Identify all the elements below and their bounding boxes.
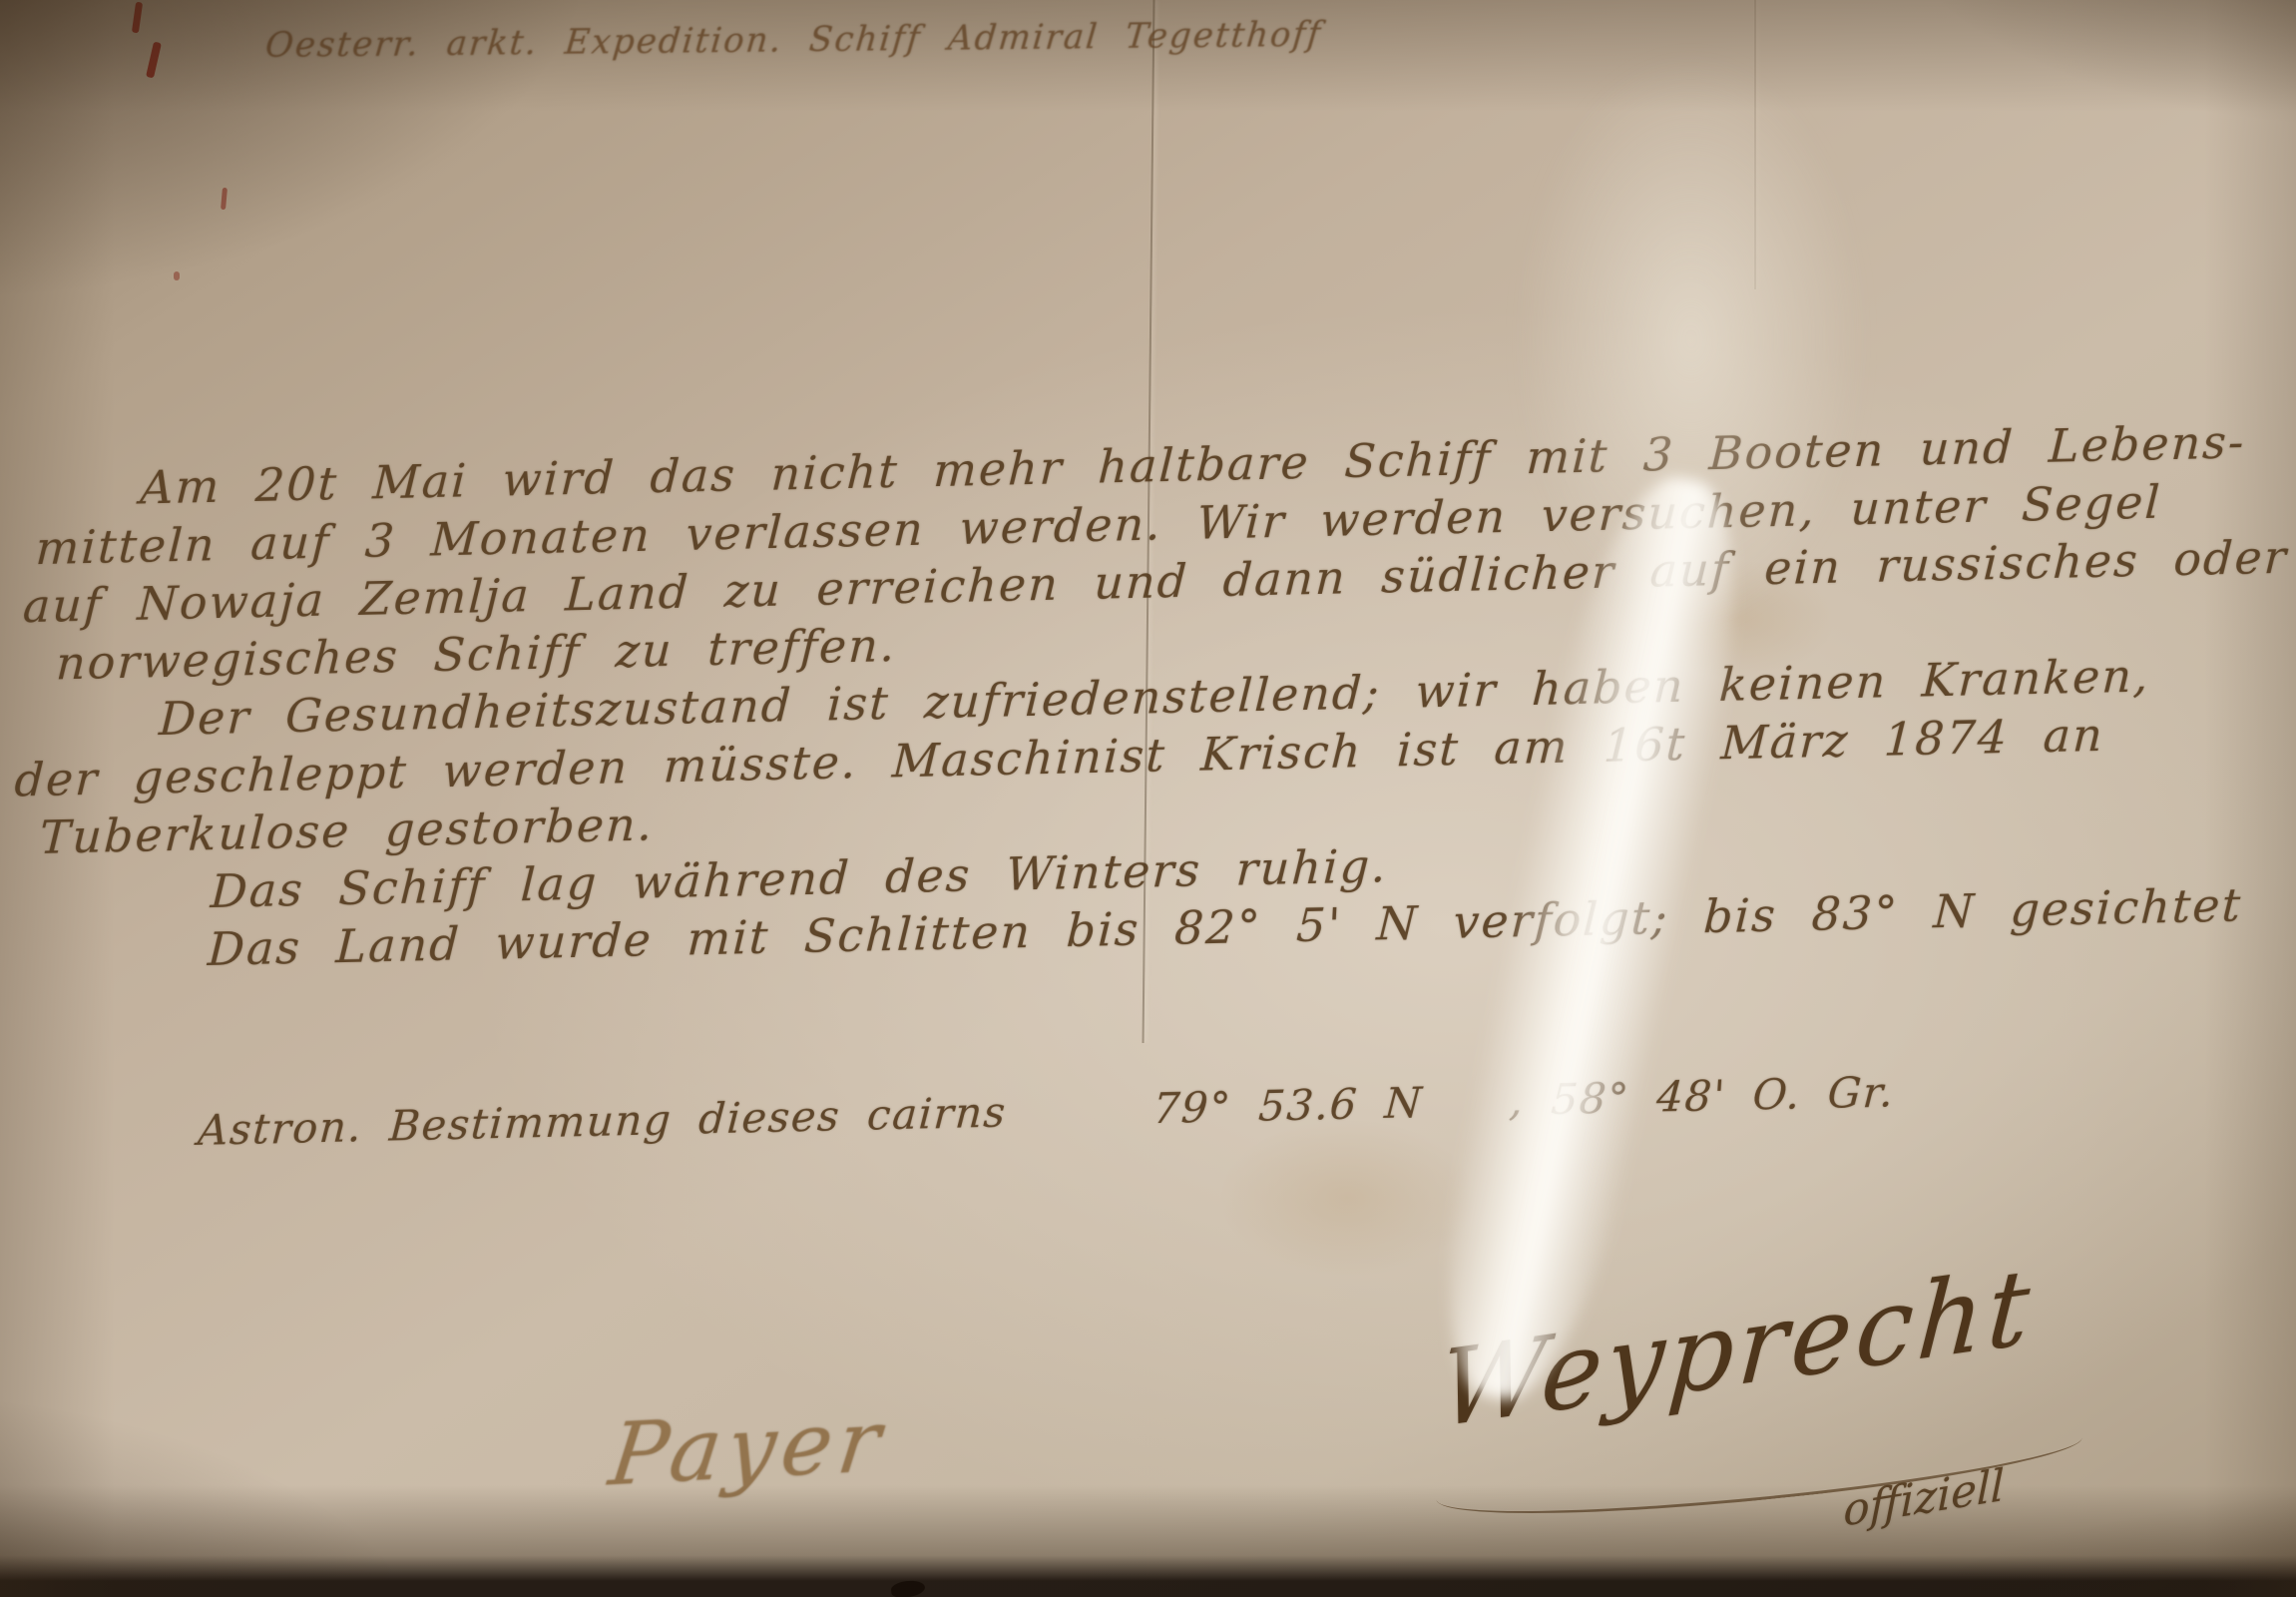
document-photo: Oesterr. arkt. Expedition. Schiff Admira… (0, 0, 2296, 1597)
manuscript-body: Am 20t Mai wird das nicht mehr haltbare … (5, 412, 2290, 983)
header-line: Oesterr. arkt. Expedition. Schiff Admira… (263, 15, 1323, 66)
fold-crease-faint (1754, 0, 1756, 289)
weyprecht-signature: Weyprecht (1436, 1245, 2037, 1452)
red-crayon-mark (132, 2, 143, 34)
cairn-label: Astron. Bestimmung dieses cairns (197, 1088, 1009, 1155)
cairn-line: Astron. Bestimmung dieses cairns 79° 53.… (197, 1067, 1896, 1155)
red-crayon-mark (146, 42, 162, 79)
latitude-value: 79° 53.6 N (1151, 1078, 1425, 1133)
red-crayon-mark (221, 188, 228, 210)
payer-signature: Payer (605, 1391, 892, 1506)
ink-blot (890, 1579, 926, 1597)
red-crayon-mark (174, 271, 180, 280)
paper-stain (1217, 1118, 1477, 1278)
longitude-value: , 58° 48' O. Gr. (1508, 1067, 1896, 1125)
signature-annotation: offiziell (1843, 1459, 2005, 1536)
